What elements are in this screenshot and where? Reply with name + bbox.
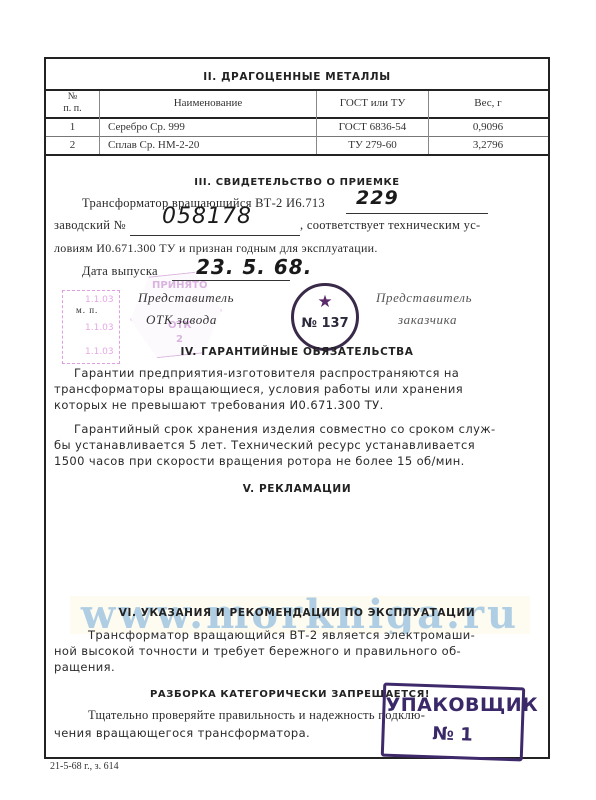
- underline: [346, 213, 488, 214]
- pink-stamp-line: 1.1.03: [85, 295, 114, 305]
- header-no-line1: №: [46, 91, 99, 103]
- table-bottom-rule: [46, 154, 548, 156]
- header-weight: Вес, г: [429, 97, 547, 109]
- header-no-line2: п. п.: [46, 103, 99, 115]
- acceptance-line-2-prefix: заводский №: [54, 218, 126, 233]
- customer-representative-line2: заказчика: [398, 312, 457, 328]
- handwritten-issue-date: 23. 5. 68.: [196, 255, 312, 279]
- print-footer: 21-5-68 г., з. 614: [50, 761, 119, 772]
- header-no: № п. п.: [46, 91, 99, 115]
- table-header-rule: [46, 117, 548, 119]
- stamp-place-label: м. п.: [76, 305, 98, 315]
- row-name: Сплав Ср. НМ-2-20: [108, 139, 199, 151]
- handwritten-model-number: 229: [356, 187, 399, 209]
- row-standard: ТУ 279-60: [317, 139, 428, 151]
- packer-stamp: УПАКОВЩИК № 1: [381, 683, 525, 762]
- usage-para2-line1: Тщательно проверяйте правильность и наде…: [88, 708, 425, 723]
- table-top-rule: [46, 89, 548, 91]
- row-name: Серебро Ср. 999: [108, 121, 185, 133]
- table-row-divider: [46, 136, 548, 137]
- usage-para1-line1: Трансформатор вращающийся ВТ-2 является …: [88, 628, 475, 642]
- pink-stamp-line: 1.1.03: [85, 323, 114, 333]
- warranty-para2-line2: бы устанавливается 5 лет. Технический ре…: [54, 438, 475, 452]
- usage-para2-line2: чения вращающегося трансформатора.: [54, 726, 310, 740]
- warranty-para1-line3: которых не превышают требования И0.671.3…: [54, 398, 384, 412]
- customer-representative-line1: Представитель: [376, 290, 472, 306]
- header-standard: ГОСТ или ТУ: [317, 97, 428, 109]
- star-icon: ★: [294, 292, 356, 312]
- packer-stamp-title: УПАКОВЩИК: [386, 694, 522, 716]
- section-2-title: II. ДРАГОЦЕННЫЕ МЕТАЛЛЫ: [46, 71, 548, 83]
- usage-para1-line3: ращения.: [54, 660, 115, 674]
- row-no: 1: [46, 121, 99, 133]
- section-3-title: III. СВИДЕТЕЛЬСТВО О ПРИЕМКЕ: [46, 177, 548, 188]
- issue-date-label: Дата выпуска: [82, 264, 158, 279]
- round-seal-stamp: ★ № 137: [291, 283, 359, 351]
- section-5-title: V. РЕКЛАМАЦИИ: [46, 483, 548, 495]
- underline: [130, 235, 300, 236]
- warranty-para2-line3: 1500 часов при скорости вращения ротора …: [54, 454, 465, 468]
- row-weight: 0,9096: [429, 121, 547, 133]
- row-no: 2: [46, 139, 99, 151]
- warranty-para2-line1: Гарантийный срок хранения изделия совмес…: [74, 422, 496, 436]
- row-standard: ГОСТ 6836-54: [317, 121, 428, 133]
- warranty-para1-line1: Гарантии предприятия-изготовителя распро…: [74, 366, 459, 380]
- usage-para1-line2: ной высокой точности и требует бережного…: [54, 644, 461, 658]
- acceptance-line-2-suffix: , соответствует техническим ус-: [300, 218, 481, 233]
- hex-stamp-line3: 2: [176, 334, 183, 345]
- section-4-title: IV. ГАРАНТИЙНЫЕ ОБЯЗАТЕЛЬСТВА: [46, 346, 548, 358]
- warranty-para1-line2: трансформаторы вращающиеся, условия рабо…: [54, 382, 463, 396]
- section-6-title: VI. УКАЗАНИЯ И РЕКОМЕНДАЦИИ ПО ЭКСПЛУАТА…: [46, 607, 548, 619]
- seal-number: № 137: [294, 316, 356, 331]
- otk-representative-line1: Представитель: [138, 290, 234, 306]
- packer-stamp-number: № 1: [384, 722, 521, 748]
- header-name: Наименование: [100, 97, 316, 109]
- acceptance-line-3: ловиям И0.671.300 ТУ и признан годным дл…: [54, 241, 378, 256]
- row-weight: 3,2796: [429, 139, 547, 151]
- otk-representative-line2: ОТК завода: [146, 312, 217, 328]
- handwritten-serial-number: 058178: [162, 204, 252, 229]
